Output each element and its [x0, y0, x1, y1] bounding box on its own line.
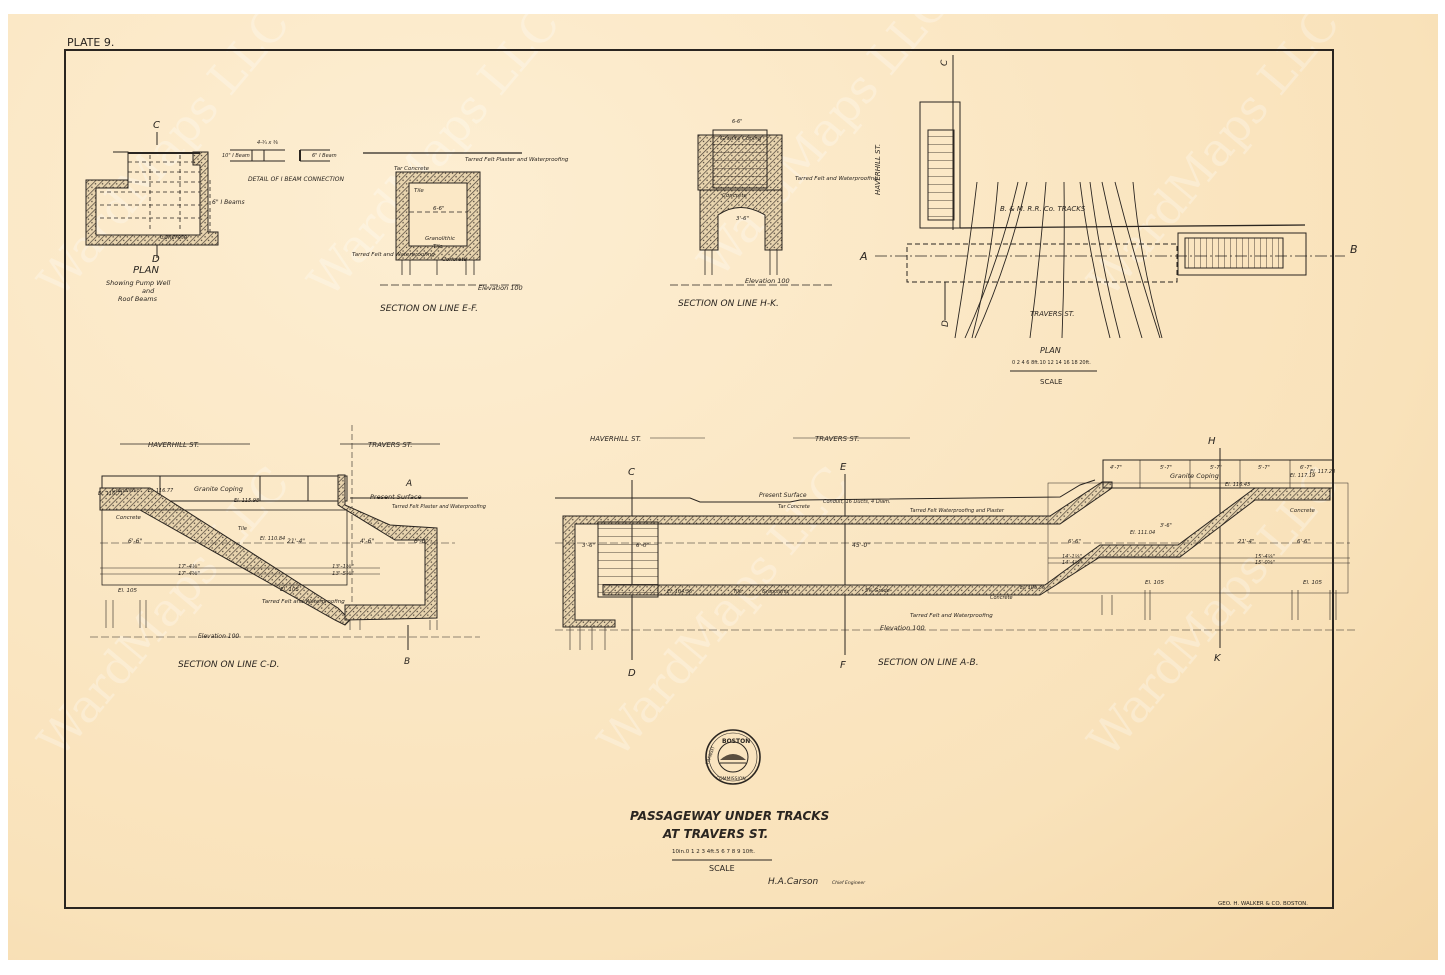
drawing-title-line1: PASSAGEWAY UNDER TRACKS	[630, 809, 829, 823]
svg-text:Elevation 100: Elevation 100	[478, 284, 523, 292]
svg-text:Tarred Felt and Waterproofing: Tarred Felt and Waterproofing	[262, 599, 345, 605]
svg-text:and: and	[142, 287, 155, 295]
svg-text:El. 106.36: El. 106.36	[1020, 585, 1045, 591]
svg-text:5'-7": 5'-7"	[1258, 465, 1270, 471]
svg-text:PLAN: PLAN	[133, 265, 159, 276]
svg-text:Tile: Tile	[414, 188, 424, 194]
svg-text:SECTION ON LINE E-F.: SECTION ON LINE E-F.	[380, 304, 478, 314]
svg-text:6-6": 6-6"	[433, 206, 445, 212]
svg-text:K: K	[1214, 653, 1222, 664]
svg-text:C: C	[153, 120, 160, 131]
svg-text:TRAVERS ST.: TRAVERS ST.	[368, 441, 412, 449]
svg-text:D: D	[628, 668, 636, 679]
svg-text:El. 117.28: El. 117.28	[1310, 469, 1335, 475]
svg-text:3'-6": 3'-6"	[736, 216, 749, 222]
svg-text:Granolithic: Granolithic	[112, 488, 140, 494]
engineering-drawing: WardMaps LLC WardMaps LLC WardMaps LLC W…	[0, 0, 1445, 975]
svg-text:Tarred Felt Plaster and Waterp: Tarred Felt Plaster and Waterproofing	[392, 504, 486, 510]
svg-text:Concrete: Concrete	[160, 234, 187, 241]
svg-text:Tile: Tile	[238, 526, 247, 532]
svg-text:15'-0⅝": 15'-0⅝"	[1255, 560, 1275, 566]
svg-text:SCALE: SCALE	[1040, 378, 1062, 386]
svg-text:E: E	[840, 462, 847, 473]
signature: H.A.Carson	[768, 877, 819, 887]
svg-text:10in.0 1 2 3 4ft.5 6 7: 10in.0 1 2 3 4ft.5 6 7 8 9 10ft.	[672, 849, 755, 855]
svg-text:13'-5⅛": 13'-5⅛"	[332, 571, 354, 577]
i-beam-detail: 10" I Beam 6" I Beam 4-¾ x ⅜ DETAIL OF I…	[222, 140, 345, 183]
svg-text:El. 110.84: El. 110.84	[260, 536, 285, 542]
svg-text:Tar Concrete: Tar Concrete	[394, 166, 430, 172]
svg-text:B: B	[404, 657, 410, 667]
svg-text:6'-6": 6'-6"	[128, 538, 142, 545]
svg-text:Granolithic: Granolithic	[762, 589, 790, 595]
svg-text:Concrete: Concrete	[442, 257, 468, 263]
svg-text:Elevation 100: Elevation 100	[880, 624, 925, 632]
svg-text:Present Surface: Present Surface	[370, 493, 421, 501]
svg-text:Elevation 100: Elevation 100	[198, 633, 239, 640]
svg-text:Tarred Felt and Waterproofing.: Tarred Felt and Waterproofing.	[795, 176, 880, 182]
svg-text:Granolithic: Granolithic	[425, 236, 455, 242]
svg-text:Granite Coping: Granite Coping	[1170, 472, 1219, 480]
svg-text:F: F	[840, 660, 846, 671]
svg-text:13'-1⅝": 13'-1⅝"	[332, 564, 354, 570]
svg-text:17'-4⅝": 17'-4⅝"	[178, 571, 200, 577]
svg-text:HAVERHILL ST.: HAVERHILL ST.	[148, 441, 199, 449]
svg-text:Tarred Felt Waterproofing and: Tarred Felt Waterproofing and Plaster	[910, 508, 1005, 514]
svg-text:Conduit, 16 Ducts, 4 Diam.: Conduit, 16 Ducts, 4 Diam.	[823, 499, 891, 505]
svg-text:SECTION ON LINE C-D.: SECTION ON LINE C-D.	[178, 660, 279, 670]
svg-text:BOSTON: BOSTON	[722, 738, 750, 745]
section-hk: Granite Coping 6-6" Concrete Tarred Felt…	[670, 119, 880, 309]
svg-text:5'-7": 5'-7"	[1210, 465, 1222, 471]
svg-text:21'-4": 21'-4"	[287, 538, 305, 545]
svg-text:Granite Coping: Granite Coping	[194, 485, 243, 493]
svg-text:B. & M. R.R. Co. TRACKS: B. & M. R.R. Co. TRACKS	[1000, 205, 1086, 213]
svg-text:3'-6": 3'-6"	[582, 543, 595, 549]
svg-text:D: D	[152, 254, 160, 265]
svg-text:SCALE: SCALE	[709, 864, 735, 873]
title-block: PASSAGEWAY UNDER TRACKS AT TRAVERS ST. 1…	[630, 809, 866, 887]
printer-credit: GEO. H. WALKER & CO. BOSTON.	[1218, 901, 1308, 907]
svg-text:6" I Beam: 6" I Beam	[312, 153, 337, 159]
watermark: WardMaps LLC WardMaps LLC WardMaps LLC W…	[27, 0, 1350, 767]
svg-text:Granite Coping: Granite Coping	[720, 136, 762, 142]
svg-text:14'-4⅛": 14'-4⅛"	[1062, 560, 1082, 566]
svg-text:C: C	[628, 467, 635, 478]
svg-text:Tarred Felt and Waterproofing: Tarred Felt and Waterproofing	[910, 613, 993, 619]
svg-text:El. 116.77: El. 116.77	[148, 488, 174, 494]
svg-text:Concrete: Concrete	[990, 595, 1013, 601]
drawing-title-line2: AT TRAVERS ST.	[662, 827, 768, 841]
svg-text:10" I Beam: 10" I Beam	[222, 153, 250, 159]
svg-text:HAVERHILL ST.: HAVERHILL ST.	[874, 144, 882, 195]
svg-text:D: D	[941, 320, 951, 327]
svg-text:5% Grade: 5% Grade	[865, 588, 890, 594]
svg-text:6-6": 6-6"	[732, 119, 742, 125]
svg-text:C: C	[940, 59, 950, 66]
svg-text:El. 105: El. 105	[1145, 580, 1164, 586]
svg-text:6'-0": 6'-0"	[636, 543, 649, 549]
svg-text:WardMaps LLC: WardMaps LLC	[1077, 456, 1350, 767]
svg-text:6'-6": 6'-6"	[1297, 539, 1310, 545]
svg-text:Concrete: Concrete	[1290, 508, 1316, 514]
svg-text:6" I Beams: 6" I Beams	[212, 199, 245, 206]
svg-text:SECTION ON LINE H-K.: SECTION ON LINE H-K.	[678, 299, 779, 309]
svg-text:4-¾ x ⅜: 4-¾ x ⅜	[257, 140, 278, 146]
svg-text:Tile: Tile	[733, 589, 742, 595]
svg-text:4'-6": 4'-6"	[360, 538, 374, 545]
svg-text:Tar Concrete: Tar Concrete	[778, 504, 810, 510]
svg-text:Elevation 100: Elevation 100	[745, 277, 790, 285]
svg-text:El. 105: El. 105	[118, 588, 137, 594]
svg-text:COMMISSION: COMMISSION	[716, 776, 746, 782]
svg-text:A: A	[859, 250, 868, 263]
svg-text:El. 115.98: El. 115.98	[234, 498, 259, 504]
svg-text:H: H	[1208, 436, 1216, 447]
svg-text:Tile: Tile	[433, 244, 443, 250]
svg-text:Tarred Felt Plaster and Waterp: Tarred Felt Plaster and Waterproofing	[465, 157, 569, 163]
svg-text:TRAVERS ST.: TRAVERS ST.	[1030, 310, 1074, 318]
svg-text:El. 105: El. 105	[280, 587, 299, 593]
svg-text:0 2 4 6 8ft.10 12 14 16 18 20f: 0 2 4 6 8ft.10 12 14 16 18 20ft.	[1012, 360, 1091, 366]
svg-text:Chief Engineer: Chief Engineer	[832, 880, 866, 886]
svg-text:SECTION ON LINE A-B.: SECTION ON LINE A-B.	[878, 658, 979, 668]
svg-text:Concrete: Concrete	[722, 193, 748, 199]
svg-text:HAVERHILL ST.: HAVERHILL ST.	[590, 435, 641, 443]
svg-text:El. 105: El. 105	[1303, 580, 1322, 586]
svg-text:6'-6": 6'-6"	[1068, 539, 1081, 545]
svg-text:DETAIL OF I BEAM CONNECTION: DETAIL OF I BEAM CONNECTION	[248, 176, 345, 183]
svg-text:17'-4⅛": 17'-4⅛"	[178, 564, 200, 570]
svg-text:WardMaps LLC: WardMaps LLC	[587, 456, 860, 767]
svg-text:6'-0": 6'-0"	[414, 538, 428, 545]
boston-transit-commission-seal: BOSTON TRANSIT COMMISSION	[704, 730, 760, 784]
svg-text:Concrete: Concrete	[116, 515, 142, 521]
plate-label: PLATE 9.	[67, 36, 114, 49]
svg-text:5'-7": 5'-7"	[1160, 465, 1172, 471]
svg-text:45'-0": 45'-0"	[852, 542, 870, 549]
svg-text:A: A	[405, 479, 412, 489]
svg-text:3'-6": 3'-6"	[1160, 523, 1172, 529]
svg-text:TRAVERS ST.: TRAVERS ST.	[815, 435, 859, 443]
svg-text:El. 111.04: El. 111.04	[1130, 530, 1155, 536]
svg-text:PLAN: PLAN	[1040, 346, 1061, 355]
svg-text:21'-4": 21'-4"	[1238, 539, 1255, 545]
svg-text:4'-7": 4'-7"	[1110, 465, 1122, 471]
svg-text:B: B	[1350, 243, 1358, 256]
svg-text:El. 104.36: El. 104.36	[667, 589, 692, 595]
svg-text:Present Surface: Present Surface	[759, 492, 807, 499]
svg-text:Roof Beams: Roof Beams	[118, 295, 158, 303]
svg-text:Showing Pump Well: Showing Pump Well	[106, 279, 170, 287]
svg-text:Tarred Felt and Waterproofing: Tarred Felt and Waterproofing	[352, 252, 435, 258]
